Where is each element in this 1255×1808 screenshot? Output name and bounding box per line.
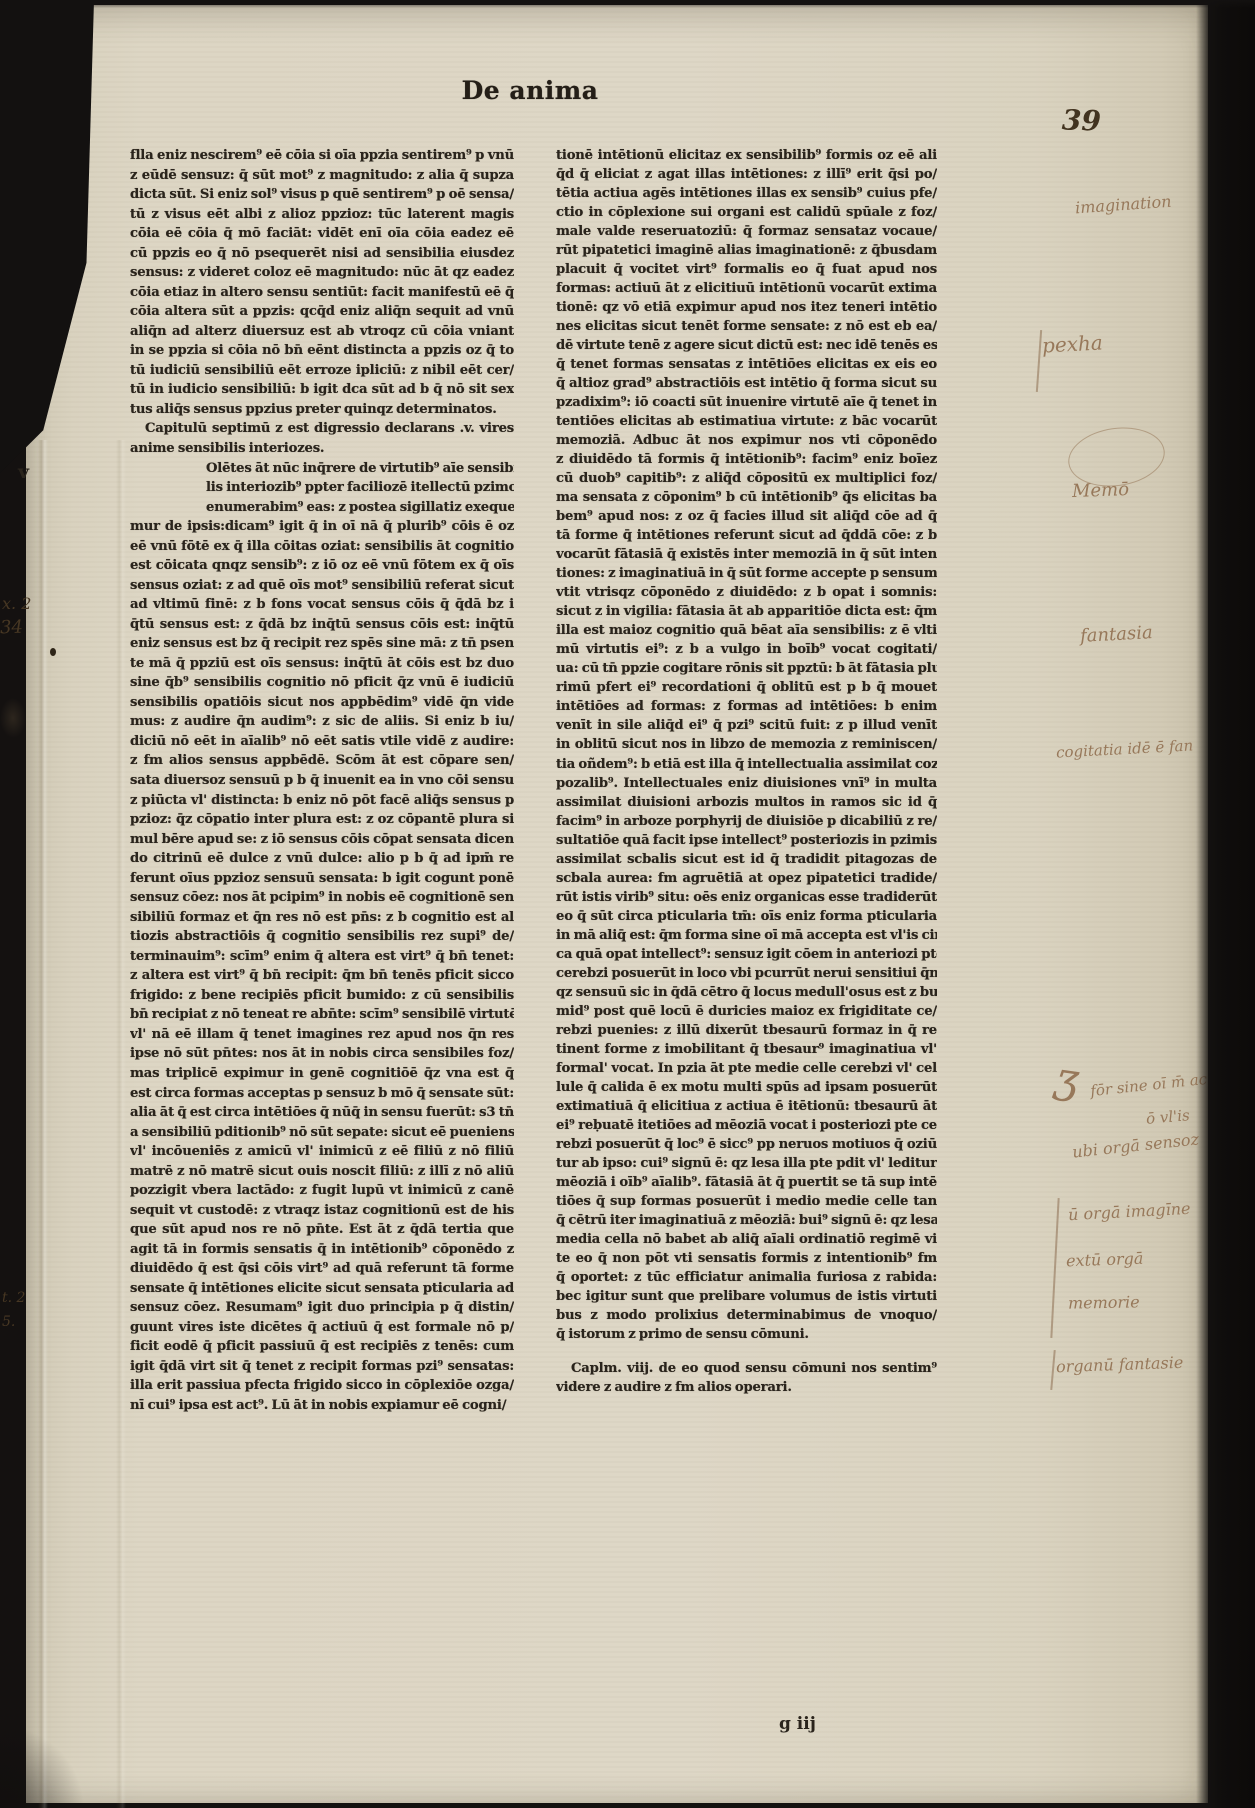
text-line: dē virtute tenē z agere sicut dictū est:… <box>556 336 937 355</box>
text-line: cōia eē cōia q̄ mō faciāt: vidēt enī oīa… <box>130 224 514 244</box>
text-line: z fm alios sensus appbēdē. Scōm āt est c… <box>130 751 514 771</box>
text-line: vl' incōueniēs z amicū vl' inimicū z eē … <box>130 1142 514 1162</box>
text-line: est circa formas acceptas p sensuz b mō … <box>130 1084 514 1104</box>
text-line: aliq̄n ad alterz diuersuz est ab vtroqz … <box>130 322 514 342</box>
text-line: illa erit passiua pfecta frigido sicco i… <box>130 1376 514 1396</box>
text-line: scbala aurea: fm agruētiā at opez pipate… <box>556 869 937 888</box>
text-line: cū duob⁹ capitib⁹: z aliq̄d cōpositū ex … <box>556 469 937 488</box>
quire-signature: g iij <box>779 1714 816 1734</box>
text-line: q̄ oportet: z tūc efficiatur animalia fu… <box>556 1268 937 1287</box>
text-line: rimū pfert ei⁹ recordationi q̄ oblitū es… <box>556 678 937 697</box>
text-line: rebzi puenies: z illū dixerūt tbesaurū f… <box>556 1021 937 1040</box>
text-line: vocarūt fātasiā q̄ existēs inter memoziā… <box>556 545 937 564</box>
text-line: intētiōes ad formas: z formas ad intētiō… <box>556 697 937 716</box>
text-line: sensuz cōez: nos āt pcipim⁹ in nobis eē … <box>130 888 514 908</box>
text-line: male valde reseruatoziū: q̄ formaz sensa… <box>556 222 937 241</box>
text-line: z altera est virt⁹ q̄ bn̄ recipit: q̄m b… <box>130 966 514 986</box>
text-line: eē vnū fōtē ex q̄ illa cōitas oziat: sen… <box>130 537 514 557</box>
text-line: igit q̄dā virt sit q̄ tenet z recipit fo… <box>130 1357 514 1377</box>
text-line: Olētes āt nūc inq̄rere de virtutib⁹ aīe … <box>130 459 514 479</box>
margin-note-left: x. 2 <box>2 594 31 613</box>
text-line: sensate q̄ intētiones elicite sicut sens… <box>130 1279 514 1299</box>
text-line: enumerabim⁹ eas: z postea sigillatiz exe… <box>130 498 514 518</box>
text-line: tionē: qz vō etiā expimur apud nos itez … <box>556 298 937 317</box>
text-line: venīt in sile aliq̄d ei⁹ q̄ pzi⁹ scitū f… <box>556 716 937 735</box>
text-line: sibiliū formaz et q̄n res nō est pn̄s: z… <box>130 908 514 928</box>
text-line: mēoziā i oīb⁹ aīalib⁹. fātasiā āt q̄ pue… <box>556 1173 937 1192</box>
text-line: memoziā. Adbuc āt nos expimur nos vti cō… <box>556 431 937 450</box>
text-line: sensus oziat: z ad quē oīs mot⁹ sensibil… <box>130 576 514 596</box>
margin-note-right: pexha <box>1041 330 1103 357</box>
text-line: z piūcta vl' distincta: b eniz nō pōt fa… <box>130 791 514 811</box>
text-line: videre z audire z fm alios operari. <box>556 1378 937 1397</box>
text-line: te mā q̄ ppziū est oīs sensus: inq̄tū āt… <box>130 654 514 674</box>
text-line: mid⁹ post quē locū ē duricies maioz ex f… <box>556 1002 937 1021</box>
text-line: in oblitū sicut nos in libzo de memozia … <box>556 735 937 754</box>
folio-number-handwritten: 39 <box>1061 103 1101 137</box>
text-line: ma sensata z cōponim⁹ b cū intētionib⁹ q… <box>556 488 937 507</box>
margin-note-right: memorie <box>1068 1292 1140 1312</box>
text-line: ctio in cōplexione sui organi est calidū… <box>556 203 937 222</box>
text-line: tū in iudicio sensibiliū: b igit dca sūt… <box>130 380 514 400</box>
text-line: Caplm. viij. de eo quod sensu cōmuni nos… <box>556 1359 937 1378</box>
text-line: bem⁹ apud nos: z oz q̄ facies illud sit … <box>556 507 937 526</box>
text-column-right: tionē intētionū elicitaz ex sensibilib⁹ … <box>556 146 937 1344</box>
text-line: formas: actiuū āt z elicitiuū intētionū … <box>556 279 937 298</box>
text-line: tentiōes elicitas ab estimatiua virtute:… <box>556 412 937 431</box>
text-line: in mā aliq̄ est: q̄m forma sine oī mā ac… <box>556 926 937 945</box>
text-line: diciū nō eēt in aīalib⁹ nō eēt satis vti… <box>130 732 514 752</box>
text-line: facim⁹ in arboze porphyrij de diuisiōe p… <box>556 812 937 831</box>
margin-note-right: ō vl'is <box>1145 1106 1190 1128</box>
text-line: ad vltimū finē: z b fons vocat sensus cō… <box>130 595 514 615</box>
text-line: z diuidēdo tā formis q̄ intētionib⁹: fac… <box>556 450 937 469</box>
ink-smudge <box>0 698 26 738</box>
text-line: eo q̄ sūt circa pticularia tm̄: oīs eniz… <box>556 907 937 926</box>
text-line: tā forme q̄ intētiones referunt sicut ad… <box>556 526 937 545</box>
scan-edge-right <box>1196 0 1255 1808</box>
scan-edge-top <box>0 0 1255 8</box>
text-line: q̄tū sensus est: z q̄dā bz inq̄tū sensus… <box>130 615 514 635</box>
text-line: sensibilis opatiōis sicut nos appbēdim⁹ … <box>130 693 514 713</box>
text-line: tus aliq̄s sensus ppzius preter quinqz d… <box>130 400 514 420</box>
text-line: pzioz: q̄z cōpatio inter plura est: z oz… <box>130 810 514 830</box>
text-line: pozalib⁹. Intellectuales eniz diuisiones… <box>556 774 937 793</box>
text-line: mus: z audire q̄n audim⁹: z sic de aliis… <box>130 712 514 732</box>
text-line: tiones: z imaginatiuā in q̄ sūt forme ac… <box>556 564 937 583</box>
text-line: eniz sensus est bz q̄ recipit rez spēs s… <box>130 634 514 654</box>
text-line: rūt istis virib⁹ situ: oēs eniz organica… <box>556 888 937 907</box>
text-line: sensus: z videret coloz eē magnitudo: nū… <box>130 263 514 283</box>
text-line: tiōes q̄ sup formas posuerūt i medio med… <box>556 1192 937 1211</box>
text-line: terminauim⁹: scīm⁹ enim q̄ altera est vi… <box>130 947 514 967</box>
text-line: sensuz cōez. Resumam⁹ igit duo principia… <box>130 1298 514 1318</box>
text-line: mur de ipsis:dicam⁹ igit q̄ in oī nā q̄ … <box>130 517 514 537</box>
text-column-left: flla eniz nescirem⁹ eē cōia si oīa ppzia… <box>130 146 514 1416</box>
text-line: ca quā opat intellect⁹: sensuz igit cōem… <box>556 945 937 964</box>
margin-note-left: t. 2 <box>2 1290 25 1306</box>
scan-shadow-bottom-left <box>0 1690 120 1808</box>
text-line: tur ab ipso: cui⁹ signū ē: qz lesa illa … <box>556 1154 937 1173</box>
text-line: mū virtutis ei⁹: z b a vulgo in boīb⁹ vo… <box>556 640 937 659</box>
text-line: q̄ tenet formas sensatas z intētiōes eli… <box>556 355 937 374</box>
text-line: nī cui⁹ ipsa est act⁹. Lū āt in nobis ex… <box>130 1396 514 1416</box>
text-line: mas triplicē expimur in genē cognitiōē q… <box>130 1064 514 1084</box>
text-line: lis interiozib⁹ ppter faciliozē itellect… <box>130 478 514 498</box>
text-line: q̄ istorum z primo de sensu cōmuni. <box>556 1325 937 1344</box>
text-line: ferunt oīus ppzioz sensuū sensata: b igi… <box>130 869 514 889</box>
margin-note-right: fantasia <box>1080 622 1154 647</box>
text-line: q̄ altioz grad⁹ abstractiōis est intētio… <box>556 374 937 393</box>
text-line: tiozis abstractiōis q̄ cognitio sensibil… <box>130 927 514 947</box>
text-line: anime sensibilis interiozes. <box>130 439 514 459</box>
text-line: extimatiuā q̄ elicitiua z actiua ē itēti… <box>556 1097 937 1116</box>
margin-note-left: 34 <box>0 617 23 639</box>
text-line: pzadixim⁹: iō coacti sūt inuenire virtut… <box>556 393 937 412</box>
text-line: sata diuersoz sensuū p b q̄ inuenit ea i… <box>130 771 514 791</box>
text-line: pozzigit vbera lactādo: z fugit lupū vt … <box>130 1181 514 1201</box>
text-line: sine q̄b⁹ sensibilis cognitio nō pficit … <box>130 673 514 693</box>
text-line: agit tā in formis sensatis q̄ in intētio… <box>130 1240 514 1260</box>
text-line: a sensibiliū pditionib⁹ nō sūt sepate: s… <box>130 1123 514 1143</box>
text-line: illa est maioz cognitio quā bēat aīa sen… <box>556 621 937 640</box>
text-line: alia āt q̄ est circa intētiōes q̄ nūq̄ i… <box>130 1103 514 1123</box>
text-line: qz sensuū sic in q̄dā cētro q̄ locus med… <box>556 983 937 1002</box>
text-line: rūt pipatetici imaginē alias imagination… <box>556 241 937 260</box>
text-line: assimilat diuisioni arbozis multos in ra… <box>556 793 937 812</box>
text-line: matrē z nō matrē sicut ouis noscit filiū… <box>130 1162 514 1182</box>
text-line: do citrinū eē dulce z vnū dulce: alio p … <box>130 849 514 869</box>
text-line: formal' vocat. In pzia āt pte medie cell… <box>556 1059 937 1078</box>
text-line: dicta sūt. Si eniz sol⁹ visus p quē sent… <box>130 185 514 205</box>
text-line: cū ppzis eo q̄ nō psequerēt nisi ad sens… <box>130 244 514 264</box>
text-line: nes elicitas sicut tenēt forme sensate: … <box>556 317 937 336</box>
text-line: diuidēdo q̄ est q̄si cōis virt⁹ ad quā r… <box>130 1259 514 1279</box>
text-line: z eūdē sensuz: q̄ sūt mot⁹ z magnitudo: … <box>130 166 514 186</box>
text-line: flla eniz nescirem⁹ eē cōia si oīa ppzia… <box>130 146 514 166</box>
text-line: tū z visus eēt albi z alioz ppzioz: tūc … <box>130 205 514 225</box>
text-line: tētia actiua agēs intētiones illas ex se… <box>556 184 937 203</box>
text-line: te eo q̄ non pōt vti sensatis formis z i… <box>556 1249 937 1268</box>
text-line: sultatiōe quā facit ipse intellect⁹ post… <box>556 831 937 850</box>
dropcap-guide-letter: v <box>18 461 29 483</box>
text-line: guunt vires iste dicētes q̄ actiuū q̄ es… <box>130 1318 514 1338</box>
text-line: vtit vtrisqz cōponēdo z diuidēdo: z b op… <box>556 583 937 602</box>
text-line: tionē intētionū elicitaz ex sensibilib⁹ … <box>556 146 937 165</box>
text-line: bus z modo prolixius determinabimus de v… <box>556 1306 937 1325</box>
text-line: frigido: z bene recipiēs pficit bumido: … <box>130 986 514 1006</box>
ink-dot <box>50 648 56 656</box>
text-line: vl' nā eē illam q̄ tenet imagines rez ap… <box>130 1025 514 1045</box>
text-line: bec igitur sunt que prelibare volumus de… <box>556 1287 937 1306</box>
text-line: placuit q̄ vocitet virt⁹ formalis eo q̄ … <box>556 260 937 279</box>
text-line: ficit eodē q̄ pficit passiuū q̄ est reci… <box>130 1337 514 1357</box>
text-line: est cōicata qnqz sensib⁹: z iō oz eē vnū… <box>130 556 514 576</box>
text-line: Capitulū septimū z est digressio declara… <box>130 419 514 439</box>
text-line: tinent forme z imobilitant q̄ tbesaur⁹ i… <box>556 1040 937 1059</box>
text-line: cōia altera sūt a ppzis: qcq̄d eniz aliq… <box>130 302 514 322</box>
chapter-heading: Caplm. viij. de eo quod sensu cōmuni nos… <box>556 1359 937 1397</box>
text-line: assimilat scbalis sicut est id q̄ tradid… <box>556 850 937 869</box>
text-line: tia oñdem⁹: b etiā est illa q̄ intellect… <box>556 755 937 774</box>
text-line: bn̄ recipiat z nō teneat re abn̄te: scīm… <box>130 1005 514 1025</box>
text-line: media cella nō babet ab aliq̄ aīali ordi… <box>556 1230 937 1249</box>
text-line: ei⁹ reḅuatē itetiōes ad mēoziā vocat i p… <box>556 1116 937 1135</box>
text-line: que sūt apud nos re nō pn̄te. Est āt z q… <box>130 1220 514 1240</box>
text-line: mul bēre apud se: z iō sensus cōis cōpat… <box>130 830 514 850</box>
margin-note-left: 5. <box>2 1314 15 1330</box>
text-line: lule q̄ calida ē ex motu multi spūs ad i… <box>556 1078 937 1097</box>
text-line: in se ppzia si cōia nō bn̄ eēnt distinct… <box>130 341 514 361</box>
text-line: sequit vt custodē: z vtraqz istaz cognit… <box>130 1201 514 1221</box>
margin-note-right: extū orgā <box>1066 1249 1144 1271</box>
text-line: sicut z in vigilia: fātasia āt ab appari… <box>556 602 937 621</box>
text-line: q̄ cētrū iter imaginatiuā z mēoziā: bui⁹… <box>556 1211 937 1230</box>
text-line: tū iudiciū sensibiliū eēt erroze ipliciū… <box>130 361 514 381</box>
text-line: q̄d q̄ eliciat z agat illas intētiones: … <box>556 165 937 184</box>
text-line: cōia etiaz in altero sensu sentiūt: faci… <box>130 283 514 303</box>
scanned-book-page: De anima 39 flla eniz nescirem⁹ eē cōia … <box>0 0 1255 1808</box>
text-line: cerebzi posuerūt in loco vbi pcurrūt ner… <box>556 964 937 983</box>
page-header-title: De anima <box>420 76 640 105</box>
text-line: ua: cū tn̄ ppzie cogitare rōnis sit ppzt… <box>556 659 937 678</box>
text-line: rebzi posuerūt q̄ loc⁹ ē sicc⁹ pp neruos… <box>556 1135 937 1154</box>
text-line: ipse nō sūt pn̄tes: nos āt in nobis circ… <box>130 1044 514 1064</box>
